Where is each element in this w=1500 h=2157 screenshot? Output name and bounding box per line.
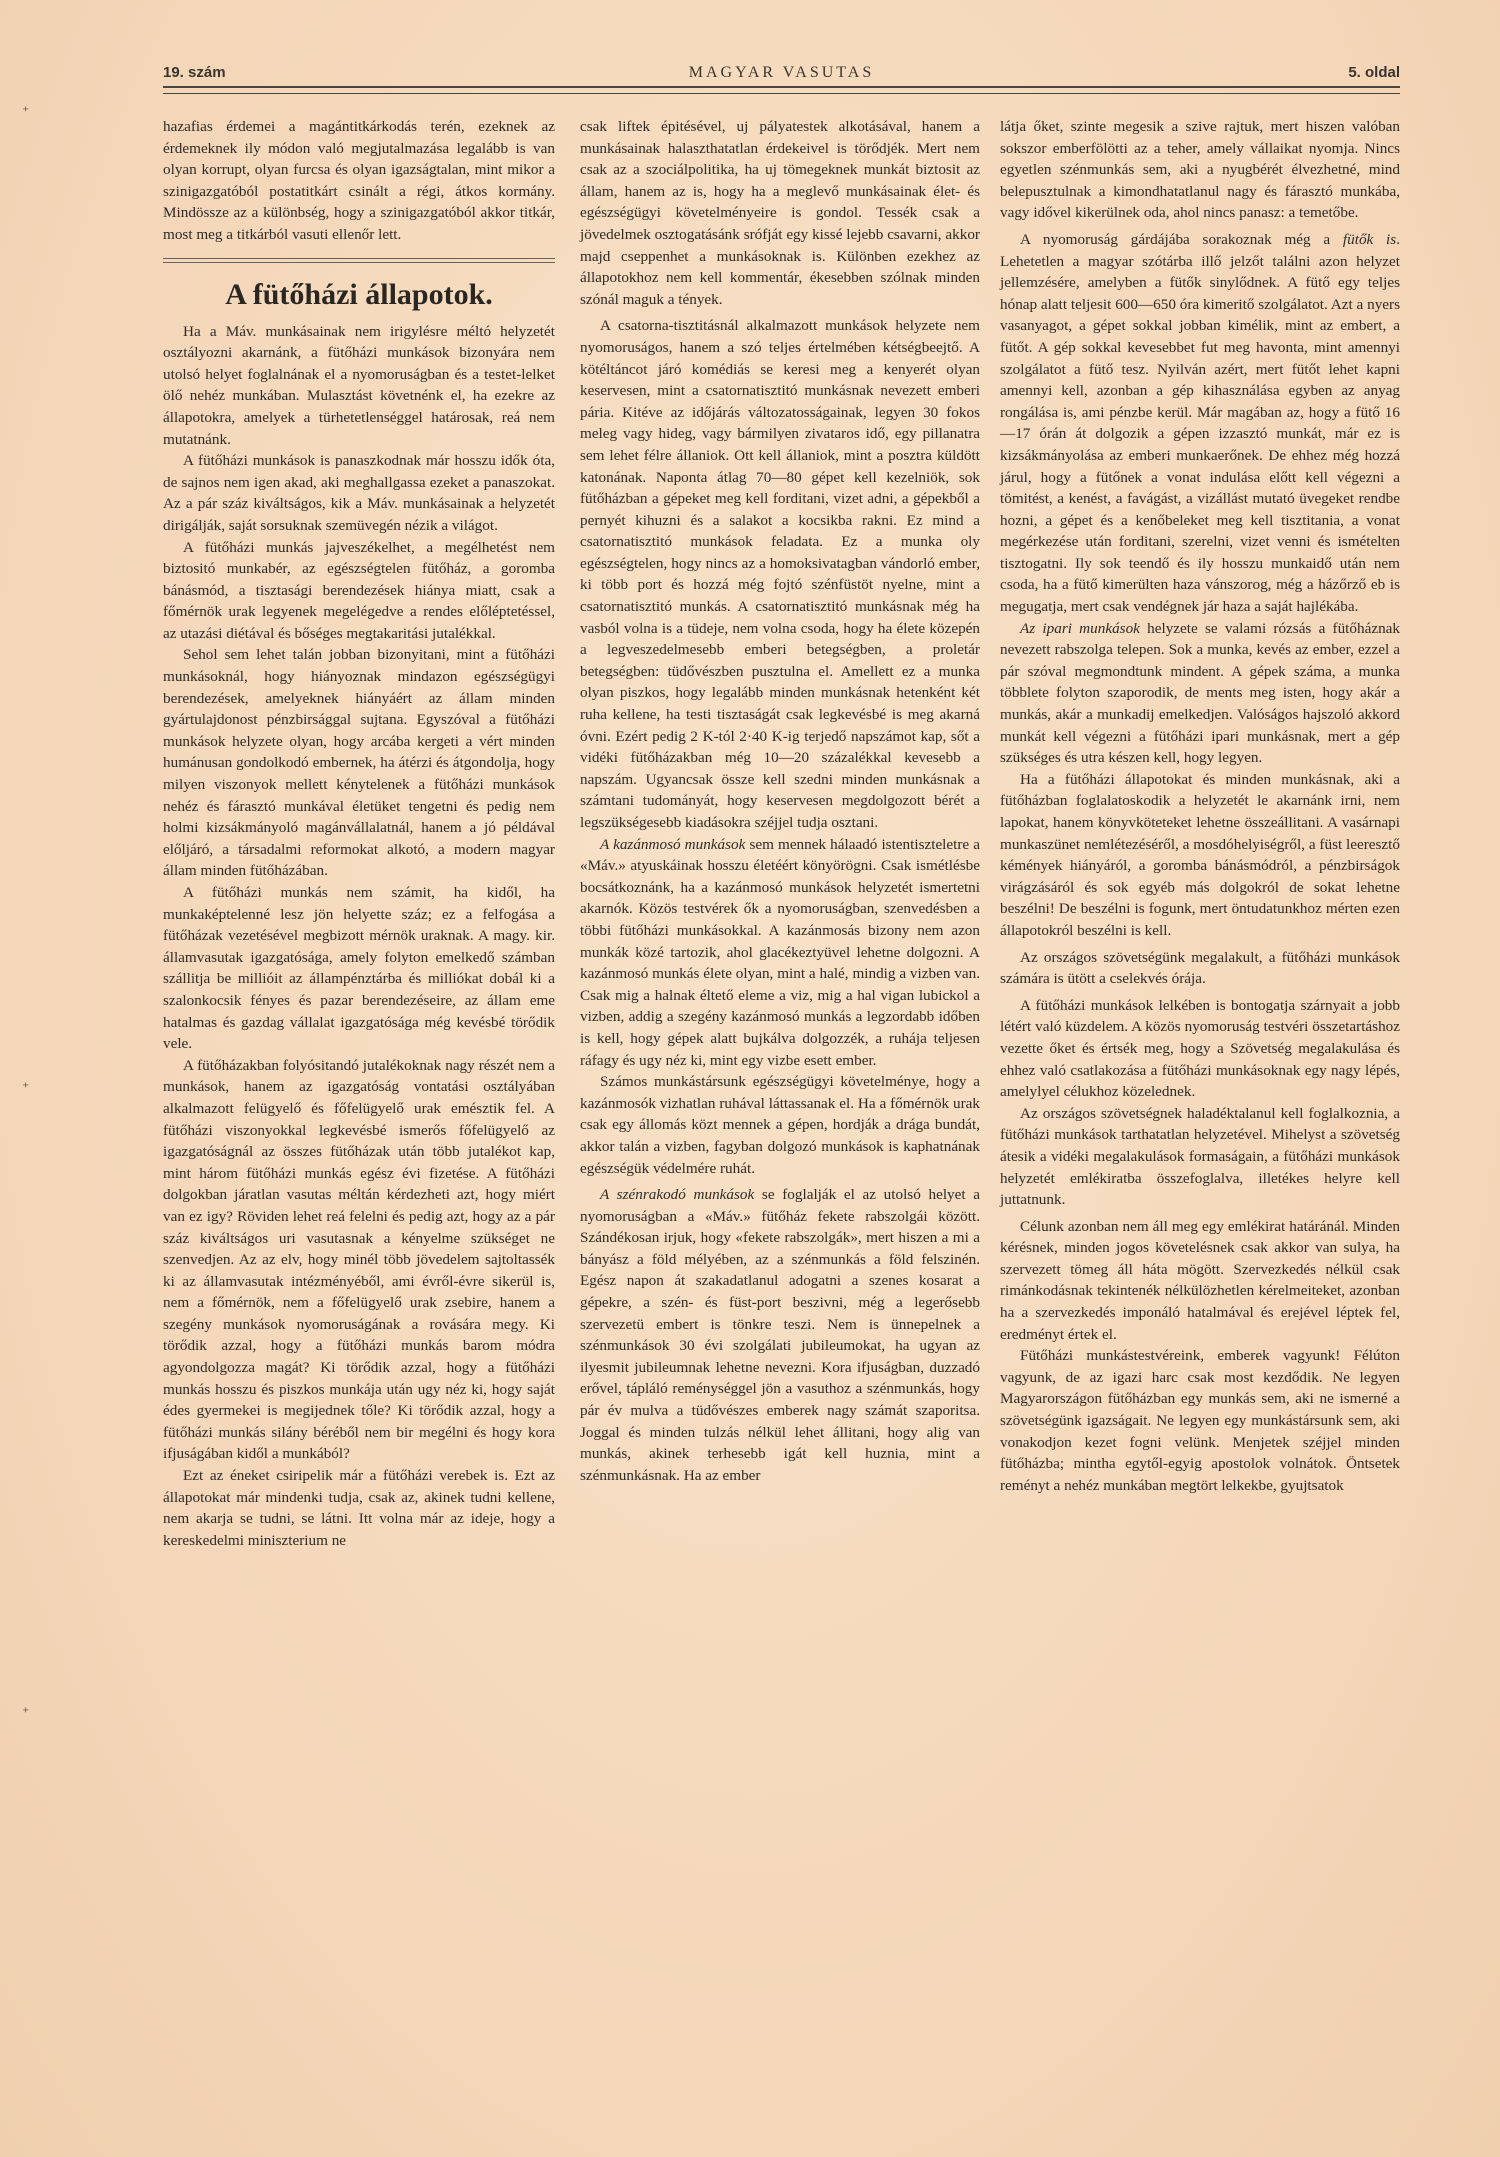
paragraph: A nyomoruság gárdájába sorakoznak még a … [1000, 229, 1400, 618]
publication-title: MAGYAR VASUTAS [163, 64, 1400, 82]
page-header: 19. szám MAGYAR VASUTAS 5. oldal [163, 60, 1400, 86]
paragraph: Ezt az éneket csiripelik már a fütőházi … [163, 1465, 555, 1551]
italic-lead: Az ipari munkások [1020, 620, 1140, 637]
article-title: A fütőházi állapotok. [163, 277, 555, 313]
paragraph: A fütőházi munkások lelkében is bontogat… [1000, 995, 1400, 1103]
paragraph: Ha a fütőházi állapotokat és minden munk… [1000, 769, 1400, 942]
italic-lead: A kazánmosó munkások [600, 836, 745, 853]
column-1: hazafias érdemei a magántitkárkodás teré… [163, 116, 555, 1551]
paragraph: A fütőházi munkás nem számit, ha kidől, … [163, 882, 555, 1055]
paragraph: A fütőházi munkások is panaszkodnak már … [163, 450, 555, 536]
italic-lead: A szénrakodó munkások [600, 1186, 754, 1203]
paragraph: A csatorna-tisztitásnál alkalmazott munk… [580, 315, 980, 833]
paragraph: Az ipari munkások helyzete se valami róz… [1000, 618, 1400, 769]
paper-blemish-mark: ⁺ [22, 1705, 29, 1722]
paper-blemish-mark: ⁺ [22, 1080, 29, 1097]
newspaper-page: 19. szám MAGYAR VASUTAS 5. oldal hazafia… [0, 0, 1500, 2157]
column-2: csak liftek épitésével, uj pályatestek a… [580, 116, 980, 1486]
paragraph: Fütőházi munkástestvéreink, emberek vagy… [1000, 1345, 1400, 1496]
paragraph: Az országos szövetségünk megalakult, a f… [1000, 947, 1400, 990]
column-3: látja őket, szinte megesik a szive rajtu… [1000, 116, 1400, 1496]
paragraph: Célunk azonban nem áll meg egy emlékirat… [1000, 1216, 1400, 1346]
page-number: 5. oldal [1348, 64, 1400, 81]
paragraph: A fütőházakban folyósitandó jutalékoknak… [163, 1055, 555, 1465]
paragraph: Számos munkástársunk egészségügyi követe… [580, 1071, 980, 1179]
paragraph: csak liftek épitésével, uj pályatestek a… [580, 116, 980, 310]
previous-article-ending: hazafias érdemei a magántitkárkodás teré… [163, 116, 555, 246]
header-double-rule [163, 86, 1400, 94]
paragraph: A szénrakodó munkások se foglalják el az… [580, 1184, 980, 1486]
article-separator-rule [163, 258, 555, 263]
italic-phrase: fütők is [1343, 231, 1396, 248]
paragraph: A kazánmosó munkások sem mennek hálaadó … [580, 834, 980, 1072]
paragraph: látja őket, szinte megesik a szive rajtu… [1000, 116, 1400, 224]
paragraph: Ha a Máv. munkásainak nem irigylésre mél… [163, 321, 555, 451]
paragraph: A fütőházi munkás jajveszékelhet, a megé… [163, 537, 555, 645]
paragraph: Sehol sem lehet talán jobban bizonyitani… [163, 644, 555, 882]
paper-blemish-mark: ⁺ [22, 104, 29, 121]
paragraph: Az országos szövetségnek haladéktalanul … [1000, 1103, 1400, 1211]
